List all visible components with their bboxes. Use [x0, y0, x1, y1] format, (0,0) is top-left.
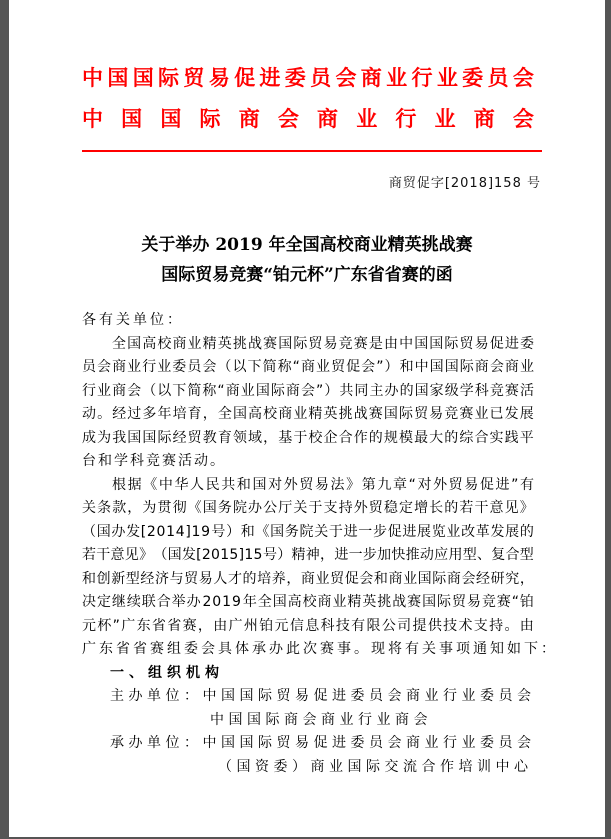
paragraph-line: （国办发[2014]19 号）和《国务院关于进一步促进展览业改革发展的 [82, 521, 534, 545]
title-line-2: 国际贸易竞赛“铂元杯”广东省省赛的函 [9, 260, 605, 285]
letterhead-divider [82, 150, 542, 152]
host-value: 中国国际商会商业行业商会 [210, 709, 432, 733]
salutation: 各有关单位： [82, 309, 534, 333]
letterhead-line-1: 中国国际贸易促进委员会商业行业委员会 [82, 66, 534, 90]
letter-body: 各有关单位： 全国高校商业精英挑战赛国际贸易竞赛是由中国国际贸易促进委 员会商业… [82, 309, 534, 779]
host-value: 中国国际贸易促进委员会商业行业委员会 [203, 685, 536, 709]
paragraph-line: 全国高校商业精英挑战赛国际贸易竞赛是由中国国际贸易促进委 [82, 333, 534, 357]
host-row-2: 中国国际商会商业行业商会 [82, 709, 534, 733]
paragraph-line: 员会商业行业委员会（以下简称“商业贸促会”）和中国国际商会商业 [82, 356, 534, 380]
organizer-label: 承办单位： [82, 732, 203, 756]
paragraph-line: 决定继续联合举办 2019 年全国高校商业精英挑战赛国际贸易竞赛“铂 [82, 591, 534, 615]
title-line-1: 关于举办 2019 年全国高校商业精英挑战赛 [9, 230, 605, 255]
paragraph-line: 关条款，为贯彻《国务院办公厅关于支持外贸稳定增长的若干意见》 [82, 497, 534, 521]
paragraph-2: 根据《中华人民共和国对外贸易法》第九章“对外贸易促进”有 关条款，为贯彻《国务院… [82, 474, 534, 662]
host-label: 主办单位： [82, 685, 203, 709]
paragraph-line: 和创新型经济与贸易人才的培养，商业贸促会和商业国际商会经研究， [82, 568, 534, 592]
document-number: 商贸促字[2018]158 号 [389, 172, 541, 191]
paragraph-line: 若干意见》（国发[2015]15 号）精神，进一步加快推动应用型、复合型 [82, 544, 534, 568]
organizer-row: 承办单位： 中国国际贸易促进委员会商业行业委员会 [82, 732, 534, 756]
letterhead-line-2: 中国国际商会商业行业商会 [82, 107, 534, 131]
paragraph-line: 根据《中华人民共和国对外贸易法》第九章“对外贸易促进”有 [82, 474, 534, 498]
paragraph-line: 广东省省赛组委会具体承办此次赛事。现将有关事项通知如下： [82, 638, 534, 662]
organizer-row-2: （国资委）商业国际交流合作培训中心 [82, 756, 534, 780]
paragraph-line: 台和学科竞赛活动。 [82, 450, 534, 474]
paragraph-line: 成为我国国际经贸教育领域，基于校企合作的规模最大的综合实践平 [82, 427, 534, 451]
section-heading: 一、组织机构 [82, 662, 534, 686]
document-page: 中国国际贸易促进委员会商业行业委员会 中国国际商会商业行业商会 商贸促字[201… [9, 0, 605, 837]
host-row: 主办单位： 中国国际贸易促进委员会商业行业委员会 [82, 685, 534, 709]
paragraph-line: 动。经过多年培育，全国高校商业精英挑战赛国际贸易竞赛业已发展 [82, 403, 534, 427]
paragraph-1: 全国高校商业精英挑战赛国际贸易竞赛是由中国国际贸易促进委 员会商业行业委员会（以… [82, 333, 534, 474]
organizer-value: 中国国际贸易促进委员会商业行业委员会 [203, 732, 536, 756]
paragraph-line: 元杯”广东省省赛，由广州铂元信息科技有限公司提供技术支持。由 [82, 615, 534, 639]
paragraph-line: 行业商会（以下简称“商业国际商会”）共同主办的国家级学科竞赛活 [82, 380, 534, 404]
organizer-value: （国资委）商业国际交流合作培训中心 [210, 756, 533, 780]
